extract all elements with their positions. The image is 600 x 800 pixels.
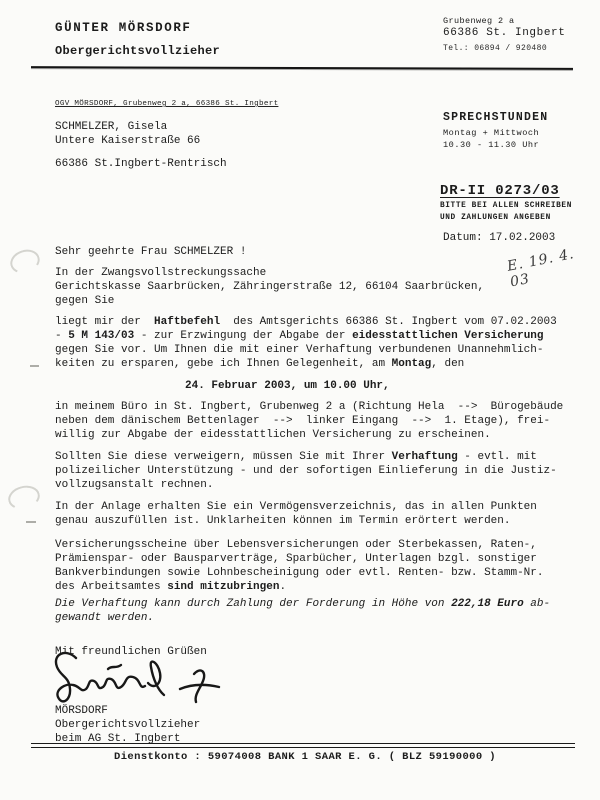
scan-dash-mark: [30, 365, 39, 367]
office-hours-days: Montag + Mittwoch: [443, 128, 539, 138]
footer-divider-rule: [31, 743, 575, 748]
paragraph-asset-form: In der Anlage erhalten Sie ein Vermögens…: [55, 500, 537, 528]
header-divider-rule: [31, 66, 573, 70]
paragraph-arrest-warrant: liegt mir der Haftbefehl des Amtsgericht…: [55, 315, 557, 371]
signer-name: MÖRSDORF: [55, 705, 108, 717]
reference-note-line2: UND ZAHLUNGEN ANGEBEN: [440, 214, 551, 222]
bank-account-line: Dienstkonto : 59074008 BANK 1 SAAR E. G.…: [55, 751, 555, 763]
scanned-letter-page: GÜNTER MÖRSDORF Obergerichtsvollzieher G…: [0, 0, 600, 800]
recipient-name: SCHMELZER, Gisela: [55, 121, 167, 133]
letterhead-street: Grubenweg 2 a: [443, 16, 515, 26]
scan-dash-mark: [26, 521, 36, 523]
letterhead-sender-title: Obergerichtsvollzieher: [55, 44, 220, 58]
letterhead-sender-name: GÜNTER MÖRSDORF: [55, 21, 192, 35]
case-reference-number: DR-II 0273/03: [440, 183, 560, 199]
signer-title: Obergerichtsvollzieher: [55, 719, 200, 731]
paragraph-case-intro: In der ZwangsvollstreckungssacheGerichts…: [55, 266, 484, 308]
reference-note-line1: BITTE BEI ALLEN SCHREIBEN: [440, 202, 572, 210]
paragraph-documents-required: Versicherungsscheine über Lebensversiche…: [55, 538, 543, 594]
letter-date: Datum: 17.02.2003: [443, 232, 555, 244]
letterhead-phone: Tel.: 06894 / 920480: [443, 44, 547, 53]
salutation: Sehr geehrte Frau SCHMELZER !: [55, 245, 246, 259]
punch-hole-mark: [6, 482, 43, 512]
punch-hole-mark: [7, 246, 43, 277]
recipient-city: 66386 St.Ingbert-Rentrisch: [55, 158, 227, 170]
paragraph-appointment-time: 24. Februar 2003, um 10.00 Uhr,: [185, 379, 390, 393]
handwritten-date-note: E. 19. 4. 03: [506, 242, 600, 291]
paragraph-office-location: in meinem Büro in St. Ingbert, Grubenweg…: [55, 400, 563, 442]
letterhead-city: 66386 St. Ingbert: [443, 27, 565, 39]
paragraph-refusal-warning: Sollten Sie diese verweigern, müssen Sie…: [55, 450, 557, 492]
return-address-line: OGV MÖRSDORF, Grubenweg 2 a, 66386 St. I…: [55, 100, 278, 108]
recipient-street: Untere Kaiserstraße 66: [55, 135, 200, 147]
office-hours-time: 10.30 - 11.30 Uhr: [443, 140, 539, 150]
office-hours-heading: SPRECHSTUNDEN: [443, 111, 548, 124]
paragraph-payment-notice: Die Verhaftung kann durch Zahlung der Fo…: [55, 597, 550, 625]
